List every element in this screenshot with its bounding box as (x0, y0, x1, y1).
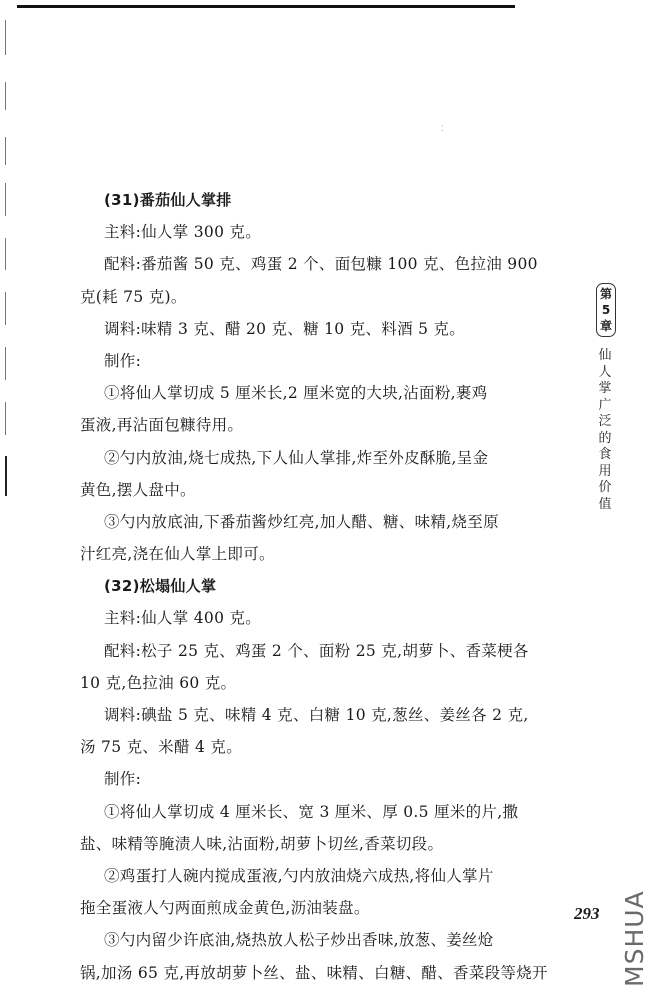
scan-speck: ⁚ (441, 124, 444, 133)
text-line: 汁红亮,浇在仙人掌上即可。 (80, 538, 577, 570)
page-body: (31)番茄仙人掌排 主料:仙人掌 300 克。 配料:番茄酱 50 克、鸡蛋 … (82, 184, 577, 989)
text-line: ②鸡蛋打人碗内搅成蛋液,勺内放油烧六成热,将仙人掌片 (82, 860, 577, 892)
margin-tick (5, 347, 6, 380)
text-line: ①将仙人掌切成 4 厘米长、宽 3 厘米、厚 0.5 厘米的片,撒 (82, 796, 577, 828)
top-rule (17, 5, 515, 8)
chapter-title-char: 广 (597, 398, 613, 415)
chapter-tab-char: 第 (598, 286, 614, 302)
margin-tick (5, 402, 6, 435)
text-line: ①将仙人掌切成 5 厘米长,2 厘米宽的大块,沾面粉,裹鸡 (82, 377, 577, 409)
chapter-title: 仙 人 掌 广 泛 的 食 用 价 值 (597, 348, 613, 513)
text-line: ②勺内放油,烧七成热,下人仙人掌排,炸至外皮酥脆,呈金 (82, 442, 577, 474)
margin-tick (5, 82, 6, 110)
text-line: 克(耗 75 克)。 (80, 281, 577, 313)
chapter-title-char: 仙 (597, 348, 613, 365)
text-line: 拖全蛋液人勺两面煎成金黄色,沥油装盘。 (80, 892, 577, 924)
text-line: 配料:番茄酱 50 克、鸡蛋 2 个、面包糠 100 克、色拉油 900 (82, 248, 577, 280)
watermark: MSHUA (620, 890, 649, 987)
text-line: 主料:仙人掌 400 克。 (82, 602, 577, 634)
chapter-title-char: 掌 (597, 381, 613, 398)
text-line: ③勺内放底油,下番茄酱炒红亮,加人醋、糖、味精,烧至原 (82, 506, 577, 538)
page-number: 293 (574, 904, 600, 924)
chapter-tab-char: 章 (598, 318, 614, 334)
chapter-title-char: 食 (597, 447, 613, 464)
text-line: 汤 75 克、米醋 4 克。 (80, 731, 577, 763)
margin-tick (5, 20, 6, 55)
margin-tick (5, 456, 7, 496)
chapter-title-char: 的 (597, 431, 613, 448)
margin-tick (5, 238, 6, 270)
chapter-title-char: 泛 (597, 414, 613, 431)
margin-tick (5, 292, 6, 325)
chapter-title-char: 值 (597, 497, 613, 514)
margin-tick (5, 183, 6, 216)
text-line: 配料:松子 25 克、鸡蛋 2 个、面粉 25 克,胡萝卜、香菜梗各 (82, 635, 577, 667)
text-line: 蛋液,再沾面包糠待用。 (80, 409, 577, 441)
text-line: 黄色,摆人盘中。 (80, 474, 577, 506)
text-line: 调料:碘盐 5 克、味精 4 克、白糖 10 克,葱丝、姜丝各 2 克, (82, 699, 577, 731)
text-line: 调料:味精 3 克、醋 20 克、糖 10 克、料酒 5 克。 (82, 313, 577, 345)
text-line: 主料:仙人掌 300 克。 (82, 216, 577, 248)
recipe-heading: (32)松塌仙人掌 (82, 570, 577, 602)
recipe-heading: (31)番茄仙人掌排 (82, 184, 577, 216)
margin-tick (5, 137, 6, 165)
chapter-tab-char: 5 (598, 302, 614, 318)
chapter-title-char: 用 (597, 464, 613, 481)
chapter-title-char: 价 (597, 480, 613, 497)
text-line: 制作: (82, 763, 577, 795)
text-line: 盐、味精等腌渍人味,沾面粉,胡萝卜切丝,香菜切段。 (80, 828, 577, 860)
text-line: 10 克,色拉油 60 克。 (80, 667, 577, 699)
text-line: ③勺内留少许底油,烧热放人松子炒出香味,放葱、姜丝炝 (82, 924, 577, 956)
chapter-title-char: 人 (597, 365, 613, 382)
chapter-tab: 第 5 章 (596, 283, 616, 337)
text-line: 制作: (82, 345, 577, 377)
text-line: 锅,加汤 65 克,再放胡萝卜丝、盐、味精、白糖、醋、香菜段等烧开 (80, 957, 577, 989)
